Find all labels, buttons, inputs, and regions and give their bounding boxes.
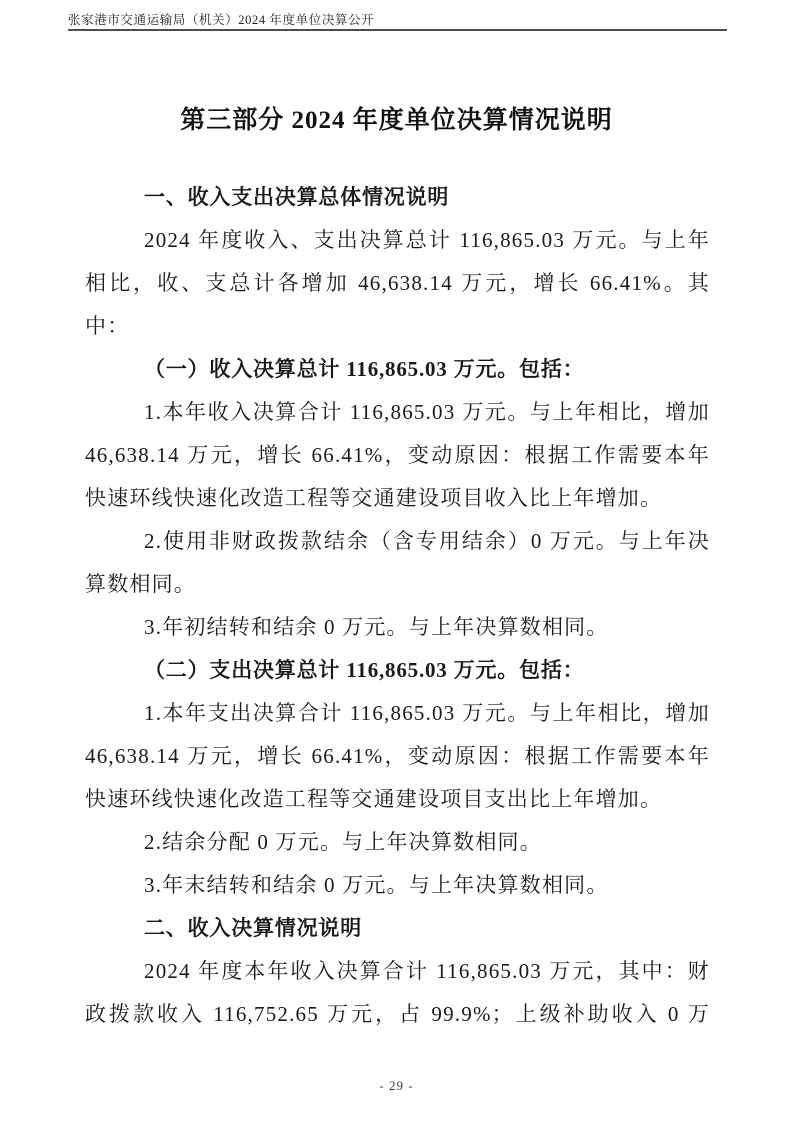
text-line: 快速环线快速化改造工程等交通建设项目支出比上年增加。 xyxy=(85,778,710,821)
text-line: 快速环线快速化改造工程等交通建设项目收入比上年增加。 xyxy=(85,477,710,520)
text-line: 2.结余分配 0 万元。与上年决算数相同。 xyxy=(85,821,710,864)
text-line: 算数相同。 xyxy=(85,563,710,606)
text-line: 1.本年支出决算合计 116,865.03 万元。与上年相比，增加 xyxy=(85,692,710,735)
text-line: 46,638.14 万元，增长 66.41%，变动原因：根据工作需要本年 xyxy=(85,434,710,477)
running-header: 张家港市交通运输局（机关）2024 年度单位决算公开 xyxy=(68,10,727,28)
document-page: 张家港市交通运输局（机关）2024 年度单位决算公开 第三部分 2024 年度单… xyxy=(0,0,793,1122)
text-line: 中： xyxy=(85,305,710,348)
text-line: 相比，收、支总计各增加 46,638.14 万元，增长 66.41%。其 xyxy=(85,262,710,305)
text-line: 2024 年度收入、支出决算总计 116,865.03 万元。与上年 xyxy=(85,219,710,262)
text-line: 2024 年度本年收入决算合计 116,865.03 万元，其中：财 xyxy=(85,950,710,993)
page-number: - 29 - xyxy=(0,1078,793,1094)
text-line: 2.使用非财政拨款结余（含专用结余）0 万元。与上年决 xyxy=(85,520,710,563)
page-title: 第三部分 2024 年度单位决算情况说明 xyxy=(0,100,793,136)
text-line: 3.年初结转和结余 0 万元。与上年决算数相同。 xyxy=(85,606,710,649)
text-line: 政拨款收入 116,752.65 万元，占 99.9%；上级补助收入 0 万 xyxy=(85,993,710,1036)
section-heading: （一）收入决算总计 116,865.03 万元。包括： xyxy=(85,348,710,391)
section-heading: 一、收入支出决算总体情况说明 xyxy=(85,176,710,219)
content-area: 一、收入支出决算总体情况说明2024 年度收入、支出决算总计 116,865.0… xyxy=(85,176,710,1036)
header-rule xyxy=(68,29,727,31)
text-line: 3.年末结转和结余 0 万元。与上年决算数相同。 xyxy=(85,864,710,907)
text-line: 1.本年收入决算合计 116,865.03 万元。与上年相比，增加 xyxy=(85,391,710,434)
section-heading: 二、收入决算情况说明 xyxy=(85,907,710,950)
text-line: 46,638.14 万元，增长 66.41%，变动原因：根据工作需要本年 xyxy=(85,735,710,778)
section-heading: （二）支出决算总计 116,865.03 万元。包括： xyxy=(85,649,710,692)
